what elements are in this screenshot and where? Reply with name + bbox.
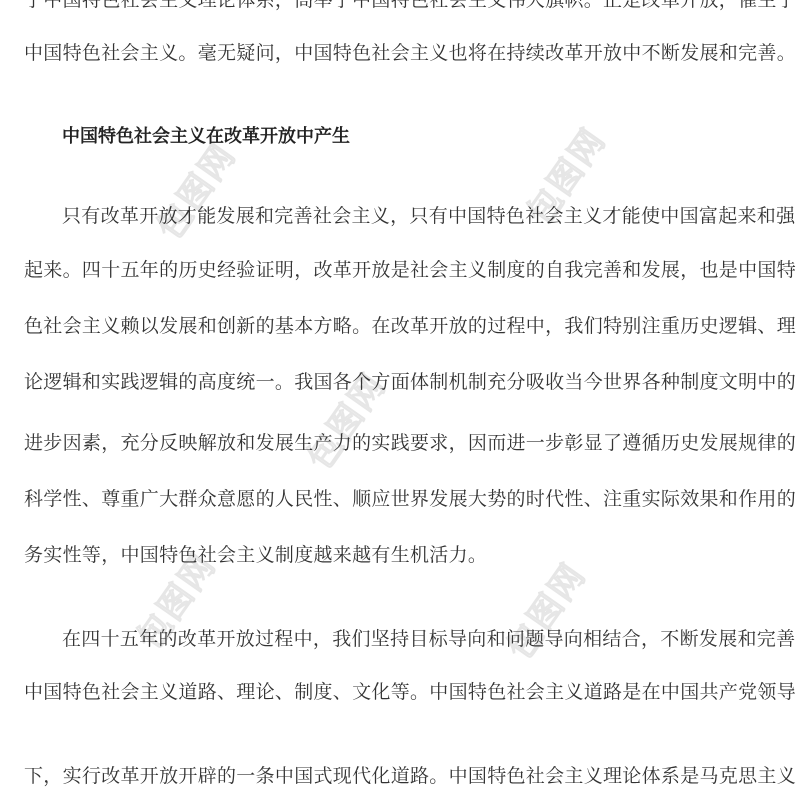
text-line: 论逻辑和实践逻辑的高度统一。我国各个方面体制机制充分吸收当今世界各种制度文明中的: [24, 370, 776, 394]
text-line: 务实性等，中国特色社会主义制度越来越有生机活力。: [24, 543, 776, 567]
document-page: 包图网 包图网 包图网 包图网 包图网 了中国特色社会主义理论体系，高举了中国特…: [0, 0, 800, 800]
text-line: 起来。四十五年的历史经验证明，改革开放是社会主义制度的自我完善和发展，也是中国特: [24, 258, 776, 282]
text-line: 下，实行改革开放开辟的一条中国式现代化道路。中国特色社会主义理论体系是马克思主义: [24, 764, 776, 788]
text-line: 科学性、尊重广大群众意愿的人民性、顺应世界发展大势的时代性、注重实际效果和作用的: [24, 487, 776, 511]
text-line: 进步因素，充分反映解放和发展生产力的实践要求，因而进一步彰显了遵循历史发展规律的: [24, 431, 776, 455]
text-line-partial: 了中国特色社会主义理论体系，高举了中国特色社会主义伟大旗帜。正是改革开放，催生了: [24, 0, 776, 12]
text-line: 中国特色社会主义道路、理论、制度、文化等。中国特色社会主义道路是在中国共产党领导: [24, 680, 776, 704]
text-line: 色社会主义赖以发展和创新的基本方略。在改革开放的过程中，我们特别注重历史逻辑、理: [24, 314, 776, 338]
section-heading: 中国特色社会主义在改革开放中产生: [62, 125, 350, 149]
text-line: 只有改革开放才能发展和完善社会主义，只有中国特色社会主义才能使中国富起来和强: [62, 204, 776, 228]
text-line: 在四十五年的改革开放过程中，我们坚持目标导向和问题导向相结合，不断发展和完善: [62, 627, 776, 651]
text-line: 中国特色社会主义。毫无疑问，中国特色社会主义也将在持续改革开放中不断发展和完善。: [24, 41, 776, 65]
